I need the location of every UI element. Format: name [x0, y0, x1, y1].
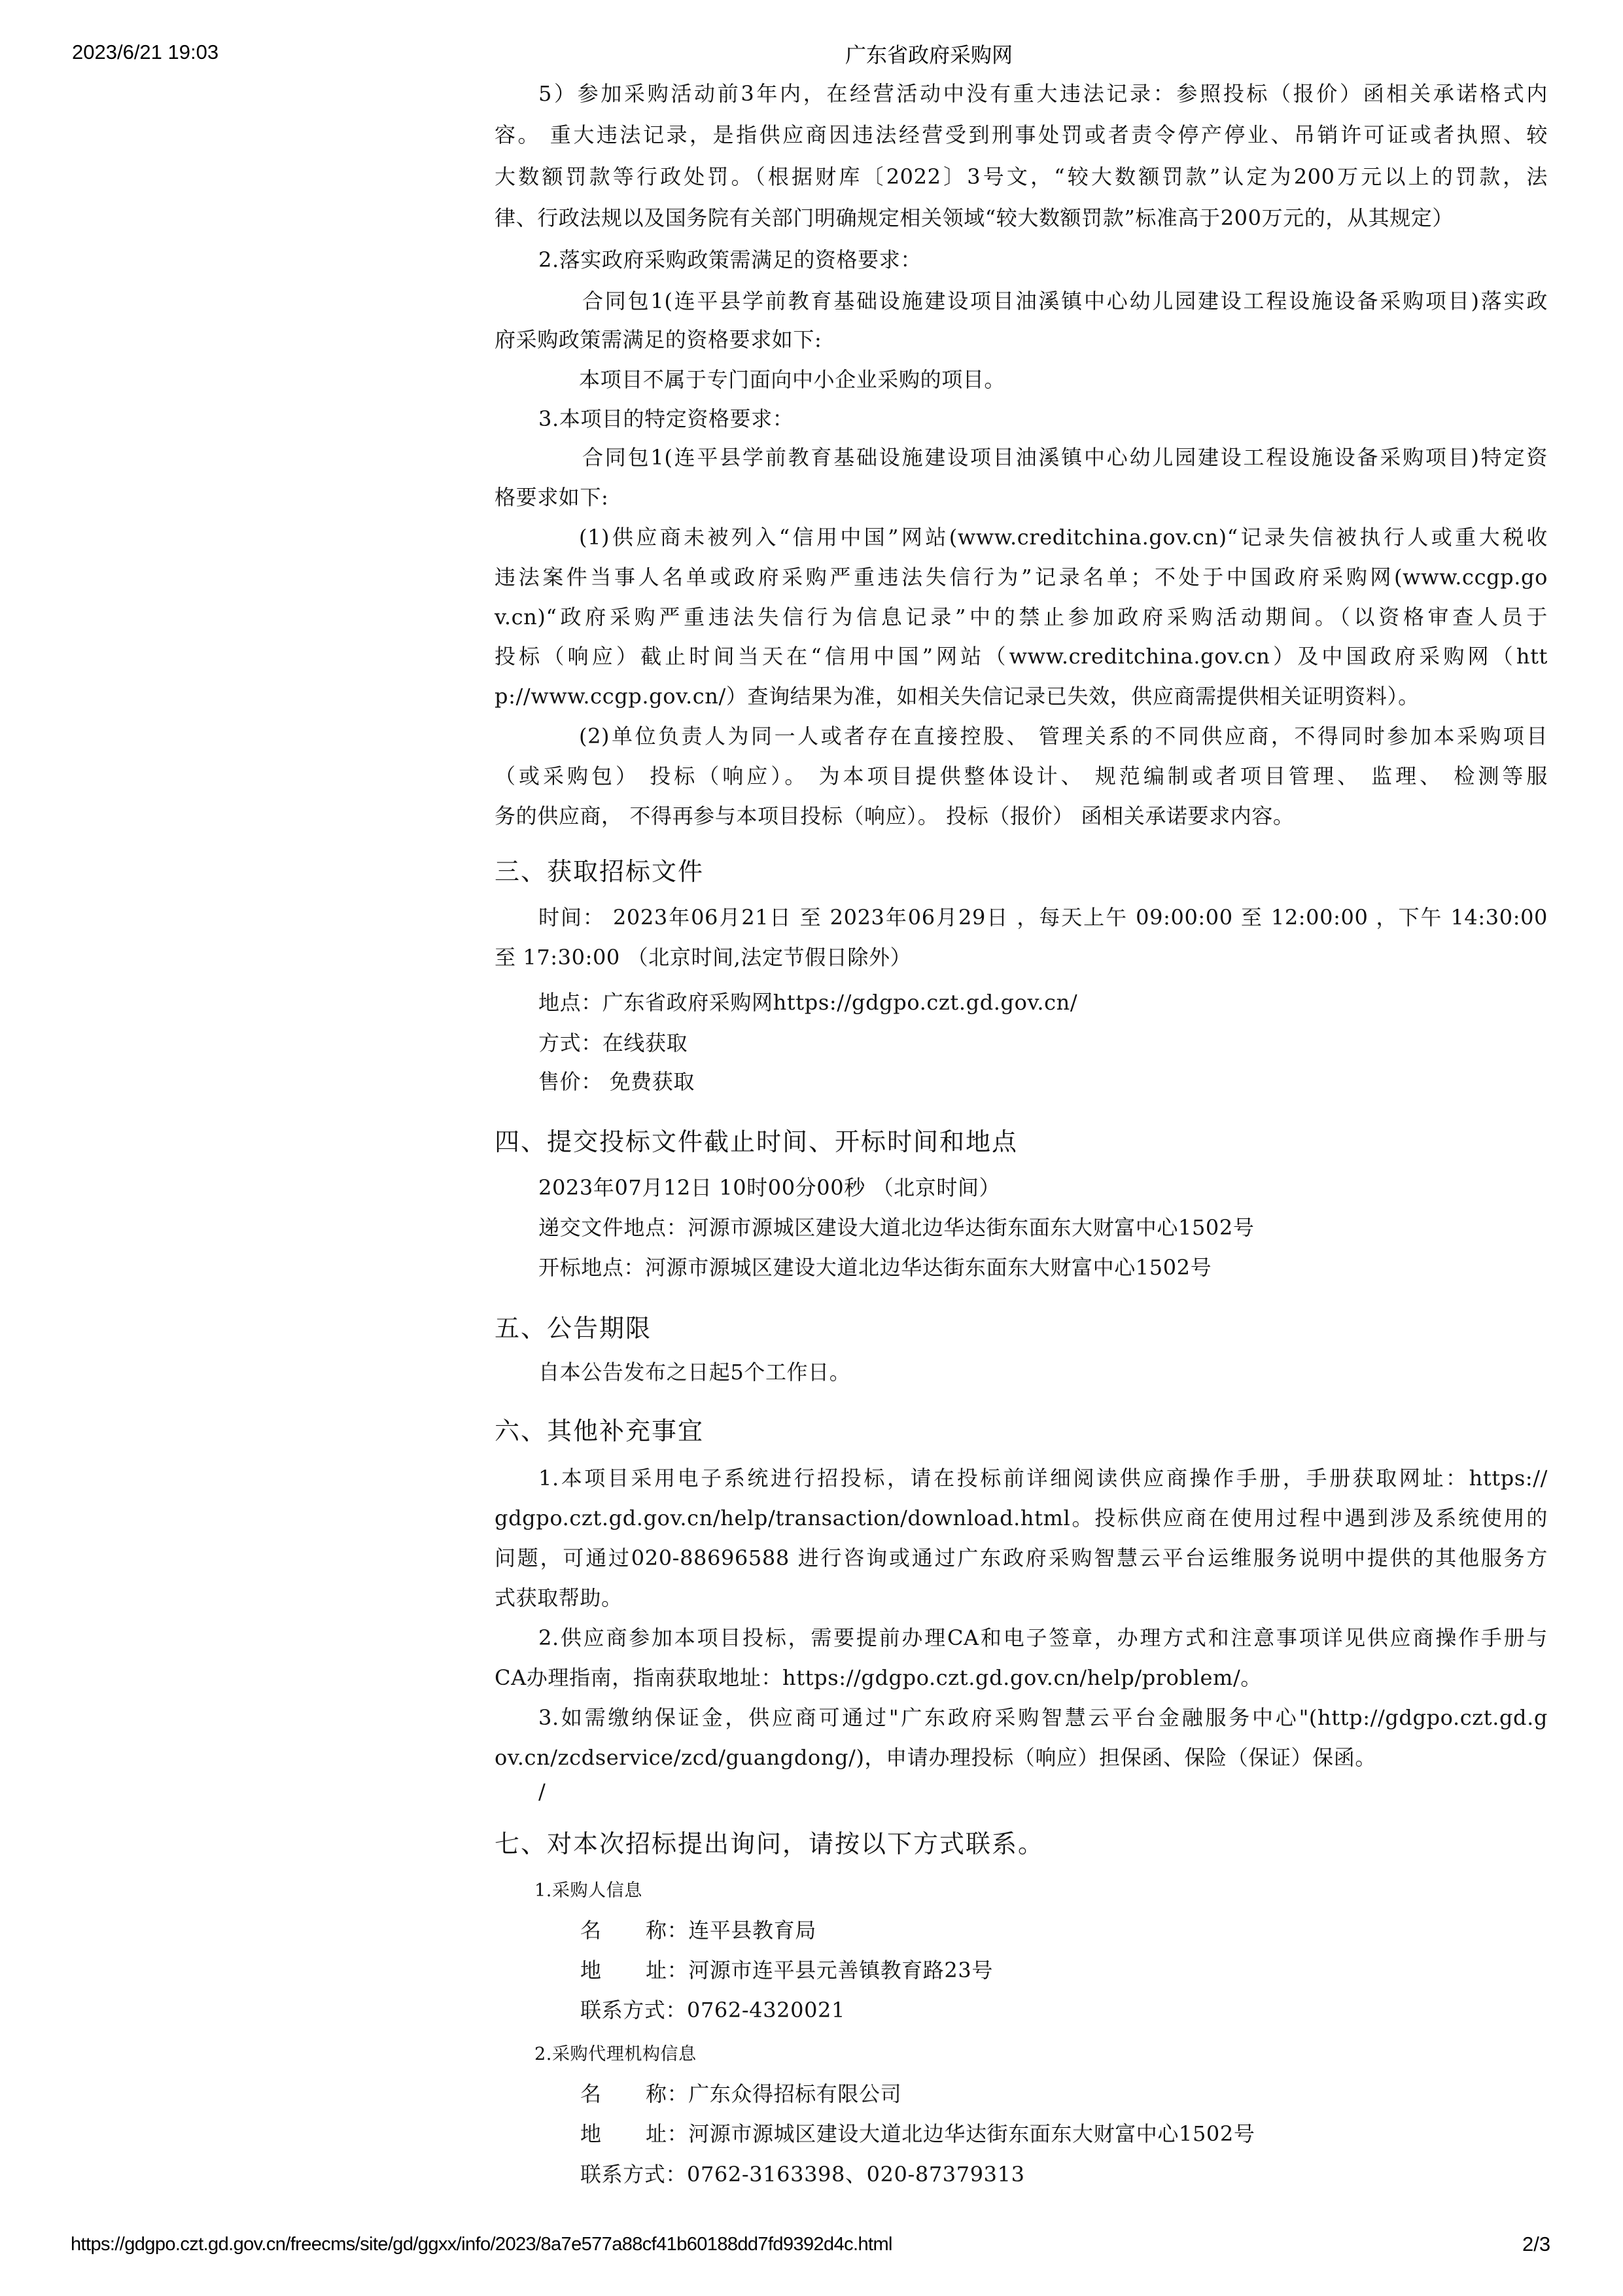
- document-time-line: 时间： 2023年06月21日 至 2023年06月29日 ，每天上午 09:0…: [538, 904, 1548, 930]
- field-label: 地: [580, 1957, 646, 1983]
- paragraph-line: ov.cn/zcdservice/zcd/guangdong/)，申请办理投标（…: [495, 1744, 1548, 1771]
- paragraph-line: 容。 重大违法记录，是指供应商因违法经营受到刑事处罚或者责令停产停业、吊销许可证…: [495, 122, 1548, 148]
- paragraph-line: 府采购政策需满足的资格要求如下:: [495, 327, 1548, 353]
- paragraph-line: 合同包1(连平县学前教育基础设施建设项目油溪镇中心幼儿园建设工程设施设备采购项目…: [582, 288, 1548, 314]
- paragraph-line: 1.本项目采用电子系统进行招投标，请在投标前详细阅读供应商操作手册，手册获取网址…: [538, 1465, 1548, 1491]
- paragraph-line: 违法案件当事人名单或政府采购严重违法失信行为”记录名单；不处于中国政府采购网(w…: [495, 564, 1548, 590]
- field-label: 称：: [646, 1918, 688, 1943]
- submission-place: 递交文件地点：河源市源城区建设大道北边华达街东面东大财富中心1502号: [538, 1214, 1548, 1241]
- policy-requirements-title: 2.落实政府采购政策需满足的资格要求：: [538, 247, 1548, 273]
- paragraph-line: (1)供应商未被列入“信用中国”网站(www.creditchina.gov.c…: [579, 524, 1548, 550]
- section-heading-5: 五、公告期限: [495, 1313, 1548, 1343]
- field-label: 称：: [646, 2081, 688, 2106]
- paragraph-line: p://www.ccgp.gov.cn/）查询结果为准，如相关失信记录已失效，供…: [495, 683, 1548, 709]
- agency-info-title: 2.采购代理机构信息: [534, 2043, 1588, 2066]
- paragraph-line: 5）参加采购活动前3年内，在经营活动中没有重大违法记录：参照投标（报价）函相关承…: [538, 80, 1548, 107]
- site-title: 广东省政府采购网: [845, 43, 1013, 67]
- paragraph-line: 2.供应商参加本项目投标，需要提前办理CA和电子签章，办理方式和注意事项详见供应…: [538, 1625, 1548, 1651]
- section-heading-7: 七、对本次招标提出询问，请按以下方式联系。: [495, 1829, 1548, 1859]
- policy-note: 本项目不属于专门面向中小企业采购的项目。: [579, 366, 1623, 393]
- agency-name: 广东众得招标有限公司: [688, 2081, 901, 2106]
- agency-address-row: 地址：河源市源城区建设大道北边华达街东面东大财富中心1502号: [580, 2121, 1623, 2147]
- field-label: 名: [580, 1917, 646, 1943]
- agency-contact: 0762-3163398、020-87379313: [687, 2162, 1025, 2187]
- section-heading-6: 六、其他补充事宜: [495, 1416, 1548, 1446]
- paragraph-line: 大数额罚款等行政处罚。（根据财库〔2022〕3号文，“较大数额罚款”认定为200…: [495, 164, 1548, 190]
- print-timestamp: 2023/6/21 19:03: [72, 41, 218, 64]
- section-heading-4: 四、提交投标文件截止时间、开标时间和地点: [495, 1127, 1548, 1157]
- opening-place: 开标地点：河源市源城区建设大道北边华达街东面东大财富中心1502号: [538, 1254, 1548, 1280]
- submission-deadline: 2023年07月12日 10时00分00秒 （北京时间）: [538, 1174, 1548, 1201]
- document-price: 售价： 免费获取: [538, 1069, 1548, 1095]
- agency-contact-row: 联系方式：0762-3163398、020-87379313: [580, 2161, 1623, 2187]
- field-label: 地: [580, 2121, 646, 2147]
- specific-requirements-title: 3.本项目的特定资格要求：: [538, 406, 1548, 432]
- purchaser-name: 连平县教育局: [688, 1918, 816, 1943]
- document-method: 方式：在线获取: [538, 1030, 1548, 1056]
- agency-address: 河源市源城区建设大道北边华达街东面东大财富中心1502号: [688, 2121, 1255, 2146]
- purchaser-name-row: 名称：连平县教育局: [580, 1917, 1623, 1943]
- paragraph-line: (2)单位负责人为同一人或者存在直接控股、 管理关系的不同供应商，不得同时参加本…: [579, 723, 1548, 749]
- slash-separator: /: [538, 1778, 1548, 1805]
- purchaser-info-title: 1.采购人信息: [534, 1880, 1588, 1902]
- paragraph-line: 投标（响应）截止时间当天在“信用中国”网站（www.creditchina.go…: [495, 643, 1548, 669]
- paragraph-line: gdgpo.czt.gd.gov.cn/help/transaction/dow…: [495, 1505, 1548, 1531]
- document-time-line: 至 17:30:00 （北京时间,法定节假日除外）: [495, 944, 1548, 970]
- paragraph-line: 式获取帮助。: [495, 1585, 1548, 1611]
- paragraph-line: CA办理指南，指南获取地址：https://gdgpo.czt.gd.gov.c…: [495, 1665, 1548, 1691]
- paragraph-line: 合同包1(连平县学前教育基础设施建设项目油溪镇中心幼儿园建设工程设施设备采购项目…: [582, 444, 1548, 470]
- document-place: 地点：广东省政府采购网https://gdgpo.czt.gd.gov.cn/: [538, 989, 1548, 1016]
- paragraph-line: 律、行政法规以及国务院有关部门明确规定相关领域“较大数额罚款”标准高于200万元…: [495, 205, 1548, 231]
- field-label: 名: [580, 2081, 646, 2107]
- field-label: 联系方式：: [580, 1998, 687, 2022]
- field-label: 址：: [646, 1958, 688, 1983]
- agency-name-row: 名称：广东众得招标有限公司: [580, 2081, 1623, 2107]
- purchaser-address: 河源市连平县元善镇教育路23号: [688, 1958, 993, 1983]
- paragraph-line: 3.如需缴纳保证金，供应商可通过"广东政府采购智慧云平台金融服务中心"(http…: [538, 1704, 1548, 1731]
- paragraph-line: 问题，可通过020-88696588 进行咨询或通过广东政府采购智慧云平台运维服…: [495, 1545, 1548, 1571]
- purchaser-contact: 0762-4320021: [687, 1998, 845, 2022]
- paragraph-line: 务的供应商， 不得再参与本项目投标（响应）。 投标（报价） 函相关承诺要求内容。: [495, 803, 1548, 829]
- section-heading-3: 三、获取招标文件: [495, 857, 1548, 887]
- footer-url: https://gdgpo.czt.gd.gov.cn/freecms/site…: [71, 2233, 892, 2256]
- paragraph-line: 格要求如下:: [495, 484, 1548, 510]
- field-label: 址：: [646, 2121, 688, 2146]
- paragraph-line: v.cn)“政府采购严重违法失信行为信息记录”中的禁止参加政府采购活动期间。（以…: [495, 604, 1548, 630]
- announcement-period: 自本公告发布之日起5个工作日。: [538, 1359, 1548, 1385]
- page-number: 2/3: [1522, 2233, 1550, 2256]
- purchaser-contact-row: 联系方式：0762-4320021: [580, 1997, 1623, 2023]
- purchaser-address-row: 地址：河源市连平县元善镇教育路23号: [580, 1957, 1623, 1983]
- paragraph-line: （或采购包） 投标（响应）。 为本项目提供整体设计、 规范编制或者项目管理、 监…: [495, 763, 1548, 789]
- field-label: 联系方式：: [580, 2162, 687, 2187]
